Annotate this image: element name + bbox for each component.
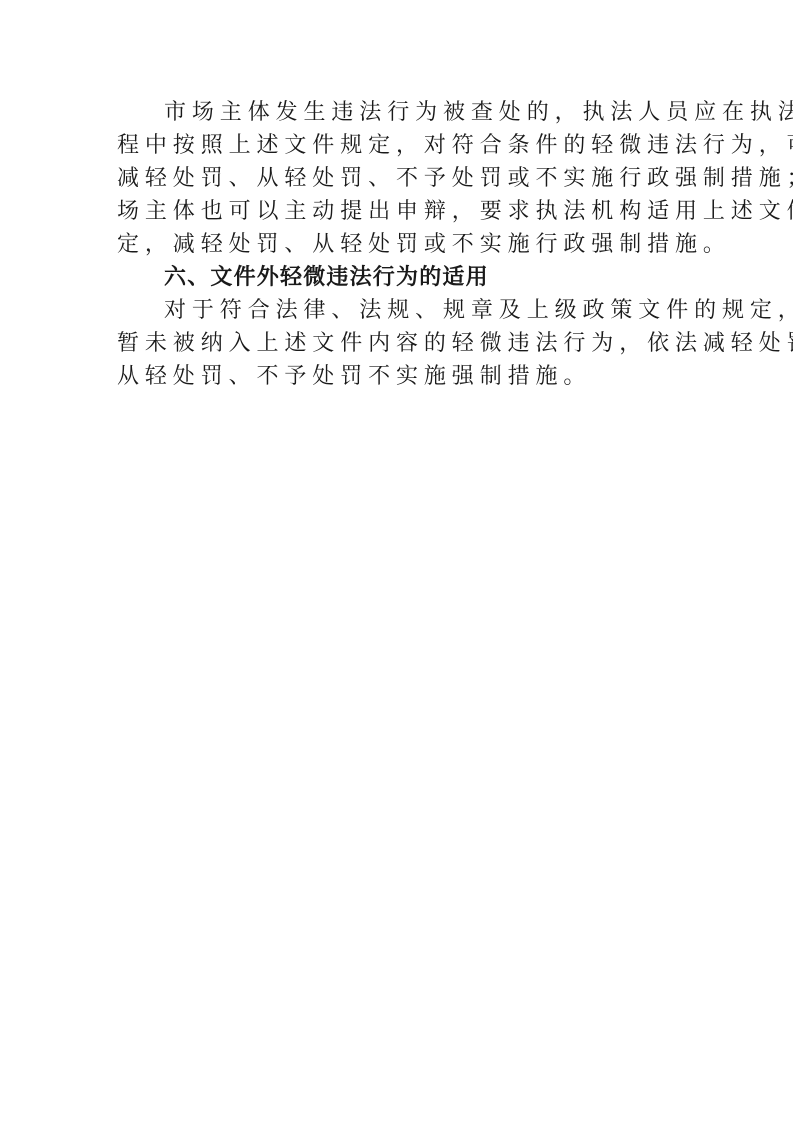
paragraph-1-line-1: 市场主体发生违法行为被查处的，执法人员应在执法过: [117, 96, 677, 129]
paragraph-1-line-5: 定，减轻处罚、从轻处罚或不实施行政强制措施。: [117, 228, 677, 261]
document-page: 市场主体发生违法行为被查处的，执法人员应在执法过 程中按照上述文件规定，对符合条…: [117, 96, 677, 393]
paragraph-1-line-4: 场主体也可以主动提出申辩，要求执法机构适用上述文件规: [117, 195, 677, 228]
paragraph-2-line-3: 从轻处罚、不予处罚不实施强制措施。: [117, 360, 677, 393]
paragraph-2-line-1: 对于符合法律、法规、规章及上级政策文件的规定，而: [117, 294, 677, 327]
paragraph-1-line-3: 减轻处罚、从轻处罚、不予处罚或不实施行政强制措施；市: [117, 162, 677, 195]
section-heading: 六、文件外轻微违法行为的适用: [117, 261, 677, 294]
paragraph-1-line-2: 程中按照上述文件规定，对符合条件的轻微违法行为，可以: [117, 129, 677, 162]
paragraph-2-line-2: 暂未被纳入上述文件内容的轻微违法行为，依法减轻处罚、: [117, 327, 677, 360]
